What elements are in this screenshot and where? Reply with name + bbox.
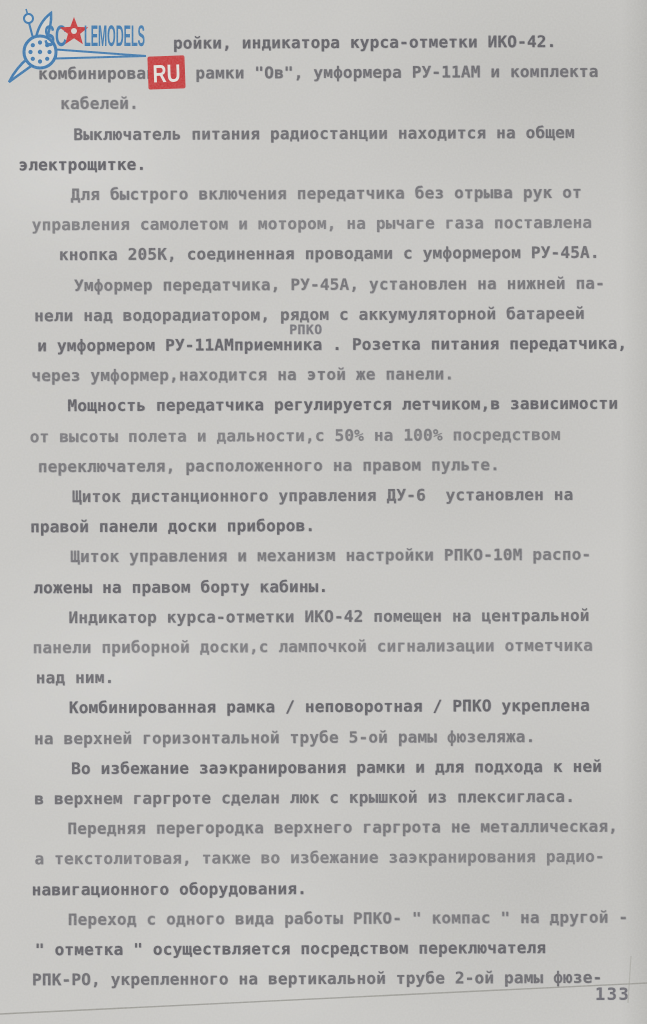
text-line-content: РПК-РО, укрепленного на вертикальной тру… [32, 968, 602, 989]
text-line: РПК-РО, укрепленного на вертикальной тру… [32, 968, 602, 990]
text-line: Умформер передатчика, РУ-45А, установлен… [74, 273, 605, 295]
text-line-content: Щиток управления и механизм настройки РП… [70, 545, 591, 566]
text-line: ройки, индикатора курса-отметки ИКО-42. [173, 32, 557, 54]
text-line: навигационного оборудования. [32, 879, 307, 900]
brand-text-domain: RU [152, 60, 181, 89]
brand-ru-badge: RU [147, 55, 185, 89]
text-line: переключателя, расположенного на правом … [38, 455, 500, 477]
text-line: Во избежание заэкранирования рамки и для… [71, 757, 602, 779]
brand-star-center [71, 28, 77, 34]
text-line: панели приборной доски,с лампочкой сигна… [33, 636, 594, 658]
text-line-content: " отметка " осуществляется посредством п… [35, 938, 546, 959]
text-line: ложены на правом борту кабины. [33, 577, 328, 598]
text-line-content: Во избежание заэкранирования рамки и для… [71, 757, 602, 778]
typewritten-text: ройки, индикатора курса-отметки ИКО-42.к… [0, 0, 647, 1024]
brand-text-prefix: SC [44, 20, 67, 53]
text-line-content: от высоты полета и дальности,с 50% на 10… [30, 425, 561, 446]
text-line: от высоты полета и дальности,с 50% на 10… [30, 425, 561, 447]
text-line: Переход с одного вида работы РПКО- " ком… [68, 907, 629, 929]
text-line-content: Переход с одного вида работы РПКО- " ком… [68, 907, 629, 928]
text-line-content: Для быстрого включения передатчика без о… [71, 183, 582, 204]
text-line-content: Выключатель питания радиостанции находит… [73, 122, 575, 143]
text-line-content: Щиток дистанционного управления ДУ-6 уст… [72, 485, 574, 506]
text-line-content: Мощность передатчика регулируется летчик… [67, 394, 618, 415]
text-line: Индикатор курса-отметки ИКО-42 помещен н… [68, 606, 589, 628]
scalemodels-watermark: SC LEMODELS RU [6, 6, 196, 106]
text-line-content: переключателя, расположенного на правом … [38, 455, 500, 476]
text-line-content: в верхнем гаргроте сделан люк с крышкой … [34, 787, 575, 808]
text-line-content: правой панели доски приборов. [30, 516, 315, 536]
text-line: Комбинированная рамка / неповоротная / Р… [69, 696, 590, 718]
text-line: правой панели доски приборов. [30, 516, 315, 537]
text-line-content: Комбинированная рамка / неповоротная / Р… [69, 696, 590, 717]
text-line: через умформер,находится на этой же пане… [31, 365, 454, 387]
page-number: 133 [595, 985, 630, 1005]
text-line-content: электрощитке. [18, 155, 146, 175]
text-line-content: ройки, индикатора курса-отметки ИКО-42. [173, 32, 557, 53]
text-line-content: над ним. [36, 668, 115, 687]
text-line-content: управления самолетом и мотором, на рычаг… [32, 213, 593, 234]
text-line: Щиток дистанционного управления ДУ-6 уст… [72, 485, 574, 507]
text-line-content: панели приборной доски,с лампочкой сигна… [33, 636, 594, 657]
text-line-content: через умформер,находится на этой же пане… [31, 365, 454, 386]
inserted-annotation: РПКО [289, 321, 322, 341]
text-line: Для быстрого включения передатчика без о… [71, 183, 582, 205]
text-line: над ним. [36, 668, 115, 688]
text-line-content: и умформером РУ-11АМприемника . Розетка … [37, 334, 627, 356]
text-line: и умформером РУ-11АМприемника . Розетка … [37, 334, 627, 357]
text-line: электрощитке. [18, 155, 146, 176]
text-line: " отметка " осуществляется посредством п… [35, 938, 546, 960]
text-line: а текстолитовая, также во избежание заэк… [34, 847, 604, 869]
scanned-page: ройки, индикатора курса-отметки ИКО-42.к… [0, 0, 647, 1024]
text-line: кнопка 205К, соединенная проводами с умф… [59, 243, 600, 265]
text-line-content: ложены на правом борту кабины. [33, 577, 328, 597]
text-line-content: Умформер передатчика, РУ-45А, установлен… [74, 273, 605, 294]
text-line-content: навигационного оборудования. [32, 879, 307, 899]
text-line-content: а текстолитовая, также во избежание заэк… [34, 847, 604, 868]
text-line: Мощность передатчика регулируется летчик… [67, 394, 618, 416]
text-line: управления самолетом и мотором, на рычаг… [32, 213, 593, 235]
text-line: Выключатель питания радиостанции находит… [73, 122, 575, 144]
text-line: Передняя перегородка верхнего гаргрота н… [67, 817, 618, 839]
text-line: на верхней горизонтальной трубе 5-ой рам… [34, 727, 536, 749]
text-line-content: кнопка 205К, соединенная проводами с умф… [59, 243, 600, 264]
brand-text-suffix: LEMODELS [84, 20, 145, 53]
text-line: Щиток управления и механизм настройки РП… [70, 545, 591, 567]
text-line-content: Передняя перегородка верхнего гаргрота н… [67, 817, 618, 838]
text-line: в верхнем гаргроте сделан люк с крышкой … [34, 787, 575, 809]
text-line-content: на верхней горизонтальной трубе 5-ой рам… [34, 727, 536, 748]
text-line-content: Индикатор курса-отметки ИКО-42 помещен н… [68, 606, 589, 627]
